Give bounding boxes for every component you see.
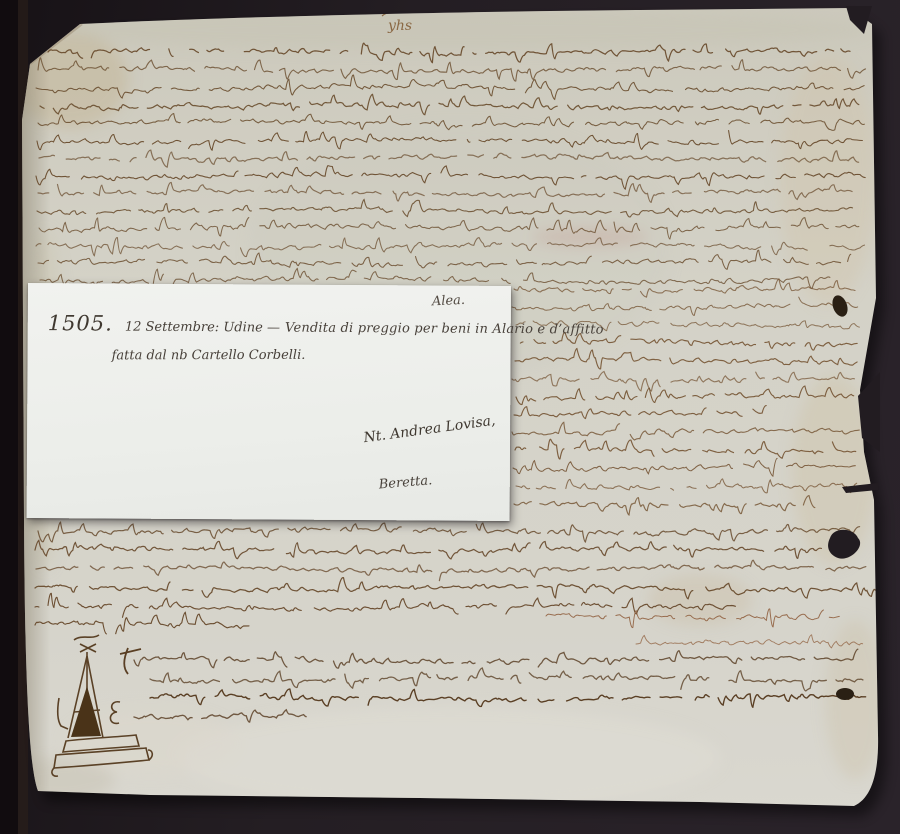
ink-blot-lower [836,688,854,700]
slip-notary-name: Nt. Andrea Lovisa, [363,413,497,447]
archival-slip: Alea. 1505.12 Settembre: Udine — Vendita… [27,283,511,521]
slip-date-line: 1505.12 Settembre: Udine — Vendita di pr… [48,311,604,338]
slip-year: 1505. [48,311,113,335]
slip-description: Vendita di preggio per beni in Alario e … [285,321,604,338]
slip-description-2: fatta dal nb Cartello Corbelli. [112,348,306,364]
ihs-text: yhs [387,18,412,34]
slip-notary-surname: Beretta. [378,473,433,492]
slip-date-place: 12 Settembre: Udine — [125,320,280,336]
backdrop-spine-strip [0,0,18,834]
slip-corner-note: Alea. [431,293,465,310]
photo-of-parchment-deed: yhs [0,0,900,834]
